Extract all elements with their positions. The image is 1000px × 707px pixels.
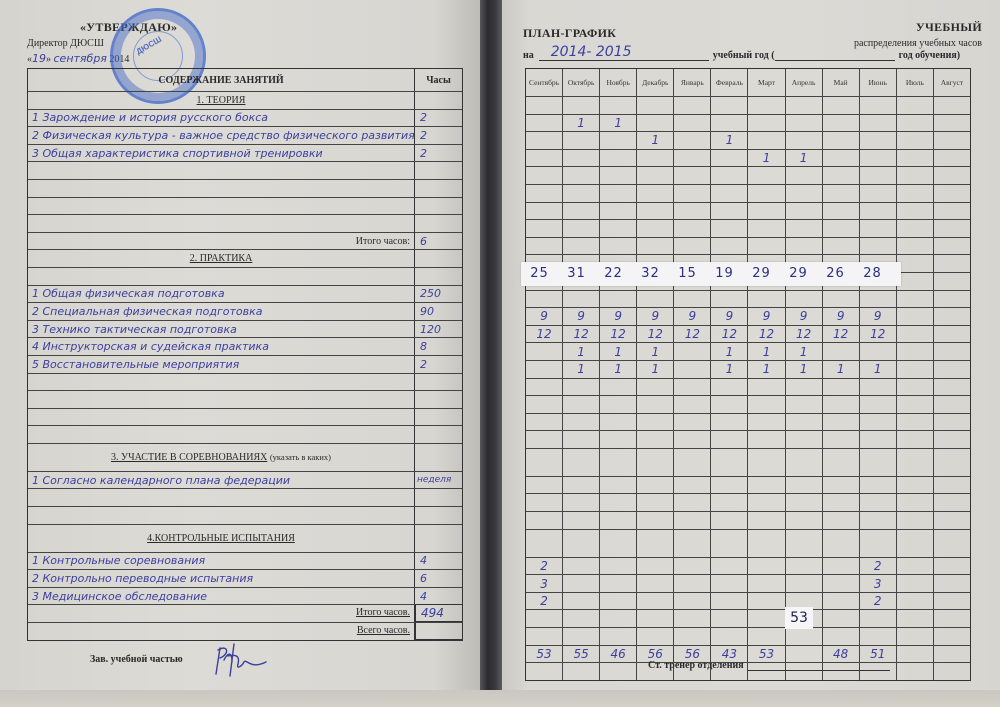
grid-cell-Апрель — [785, 238, 822, 255]
cell-value: 12 — [722, 327, 737, 341]
grid-cell-Май: 9 — [822, 308, 859, 325]
grid-cell-Апрель — [785, 220, 822, 237]
cell-value: 1 — [800, 151, 808, 165]
grid-cell-Февраль — [710, 558, 747, 575]
table-row-empty — [28, 488, 462, 506]
grid-cell-Январь — [673, 558, 710, 575]
grid-cell-Ноябрь — [599, 414, 636, 431]
section-title: 1. ТЕОРИЯ — [28, 92, 414, 109]
table-row: 1 Согласно календарного плана федерации … — [28, 471, 462, 489]
table-row: 3 Общая характеристика спортивной тренир… — [28, 144, 462, 162]
grid-cell-Май — [822, 575, 859, 592]
grid-cell-Ноябрь — [599, 379, 636, 396]
grid-cell-Март — [747, 628, 784, 645]
grid-cell-Январь — [673, 203, 710, 220]
grid-cell-Сентябрь — [526, 512, 562, 529]
grid-cell-Сентябрь — [526, 663, 562, 680]
grid-cell-Февраль — [710, 610, 747, 627]
grid-cell-Июнь: 9 — [859, 308, 896, 325]
grid-cell-Март: 12 — [747, 326, 784, 343]
grid-cell-Декабрь — [636, 494, 673, 511]
cell-value: 9 — [540, 309, 548, 323]
grid-cell-Май: 12 — [822, 326, 859, 343]
grid-cell-Октябрь: 9 — [562, 308, 599, 325]
table-row-empty — [28, 425, 462, 443]
month-header: Октябрь — [562, 69, 599, 96]
grid-cell-Май — [822, 185, 859, 202]
grid-cell-Апрель: 1 — [785, 343, 822, 360]
grid-cell-Октябрь — [562, 220, 599, 237]
grid-cell-Февраль — [710, 477, 747, 494]
grid-cell-Март — [747, 431, 784, 448]
grid-cell-Март — [747, 558, 784, 575]
grid-cell-Июль — [896, 628, 933, 645]
grid-cell-Декабрь: 12 — [636, 326, 673, 343]
table-row: 1 Общая физическая подготовка 250 — [28, 285, 462, 303]
row-text: 3 Медицинское обследование — [28, 588, 414, 605]
grid-cell-Ноябрь — [599, 220, 636, 237]
month-header: Ноябрь — [599, 69, 636, 96]
grid-row-empty — [526, 202, 970, 220]
page-title: УЧЕБНЫЙ — [916, 20, 982, 35]
grid-cell-Сентябрь: 53 — [526, 646, 562, 663]
grid-cell-Февраль — [710, 396, 747, 413]
cell-value: 1 — [763, 362, 771, 376]
grid-cell-Июнь — [859, 477, 896, 494]
grid-cell-Май — [822, 97, 859, 114]
cell-value: 1 — [651, 345, 659, 359]
row-text: 1 Общая физическая подготовка — [28, 286, 414, 303]
grid-cell-Ноябрь — [599, 185, 636, 202]
cell-value: 53 — [536, 647, 551, 661]
grid-cell-Июнь — [859, 610, 896, 627]
grid-cell-Октябрь: 12 — [562, 326, 599, 343]
grid-cell-Октябрь — [562, 575, 599, 592]
grid-row-empty — [526, 609, 970, 627]
table-row-empty — [28, 197, 462, 215]
cell-value: 9 — [689, 309, 697, 323]
grid-row-empty — [526, 493, 970, 511]
table-row-empty — [28, 179, 462, 197]
grid-row-empty — [526, 96, 970, 114]
section-header-practice: 2. ПРАКТИКА — [28, 249, 462, 267]
grid-cell-Август — [933, 343, 970, 360]
col-header-hours: Часы — [414, 69, 462, 91]
col-header-content: СОДЕРЖАНИЕ ЗАНЯТИЙ — [28, 69, 414, 91]
grid-cell-Сентябрь — [526, 150, 562, 167]
grid-cell-Август — [933, 575, 970, 592]
grid-row-practice-sticker — [526, 290, 970, 308]
grid-cell-Август — [933, 167, 970, 184]
grid-cell-Январь — [673, 530, 710, 557]
grid-cell-Февраль — [710, 115, 747, 132]
grid-cell-Сентябрь — [526, 449, 562, 476]
date-day: 19 — [32, 52, 46, 65]
grid-cell-Апрель — [785, 494, 822, 511]
grid-cell-Август — [933, 558, 970, 575]
grid-cell-Октябрь — [562, 558, 599, 575]
grid-cell-Апрель — [785, 132, 822, 149]
grid-cell-Июль — [896, 610, 933, 627]
grid-row-practice: 12121212121212121212 — [526, 325, 970, 343]
year-prefix: на — [523, 50, 534, 61]
grid-cell-Ноябрь — [599, 494, 636, 511]
grid-cell-Май — [822, 379, 859, 396]
grid-cell-Февраль — [710, 628, 747, 645]
grid-cell-Февраль — [710, 494, 747, 511]
grid-cell-Октябрь — [562, 431, 599, 448]
year-mid-label: учебный год ( — [713, 50, 775, 61]
grid-cell-Июнь: 2 — [859, 558, 896, 575]
cell-value: 51 — [870, 647, 885, 661]
grid-cell-Июль — [896, 494, 933, 511]
grid-cell-Август — [933, 512, 970, 529]
grid-cell-Ноябрь: 46 — [599, 646, 636, 663]
year-field: 2014- 2015 — [539, 47, 709, 61]
grid-cell-Сентябрь: 9 — [526, 308, 562, 325]
table-row-empty — [28, 161, 462, 179]
grid-row-practice: 111111 — [526, 342, 970, 360]
cell-value: 12 — [611, 327, 626, 341]
vsego-label: Всего часов. — [27, 622, 415, 640]
grid-cell-Февраль — [710, 150, 747, 167]
grid-cell-Ноябрь — [599, 593, 636, 610]
grid-cell-Октябрь — [562, 512, 599, 529]
grid-cell-Июнь — [859, 291, 896, 308]
grid-cell-Март — [747, 396, 784, 413]
grid-cell-Декабрь — [636, 477, 673, 494]
cell-value: 56 — [648, 647, 663, 661]
grid-cell-Апрель — [785, 203, 822, 220]
grid-cell-Январь — [673, 361, 710, 378]
grid-cell-Май — [822, 291, 859, 308]
grid-cell-Март — [747, 610, 784, 627]
grid-cell-Апрель — [785, 291, 822, 308]
grid-cell-Август — [933, 593, 970, 610]
director-label: Директор ДЮСШ — [27, 38, 104, 49]
grid-cell-Февраль — [710, 379, 747, 396]
grid-cell-Декабрь — [636, 396, 673, 413]
grid-cell-Июль — [896, 431, 933, 448]
grid-cell-Февраль — [710, 291, 747, 308]
cell-value: 1 — [614, 362, 622, 376]
grid-cell-Июнь — [859, 379, 896, 396]
grid-cell-Сентябрь: 3 — [526, 575, 562, 592]
grid-cell-Февраль — [710, 593, 747, 610]
grid-cell-Апрель — [785, 115, 822, 132]
grid-row-control: 22 — [526, 557, 970, 575]
grid-cell-Апрель — [785, 379, 822, 396]
grid-cell-Октябрь — [562, 291, 599, 308]
grid-cell-Август — [933, 326, 970, 343]
grid-cell-Апрель — [785, 97, 822, 114]
grid-cell-Июнь — [859, 185, 896, 202]
itogo-value: 494 — [415, 604, 463, 622]
grid-cell-Август — [933, 431, 970, 448]
grid-cell-Декабрь — [636, 291, 673, 308]
grid-cell-Август — [933, 361, 970, 378]
grid-cell-Июль — [896, 663, 933, 680]
grid-cell-Ноябрь: 1 — [599, 115, 636, 132]
grid-cell-Апрель — [785, 628, 822, 645]
cell-value: 2 — [540, 594, 548, 608]
grid-cell-Апрель — [785, 431, 822, 448]
cell-value: 9 — [874, 309, 882, 323]
row-text: 3 Технико тактическая подготовка — [28, 321, 414, 338]
row-hours: 2 — [414, 145, 462, 162]
grid-cell-Январь — [673, 150, 710, 167]
grid-cell-Февраль — [710, 238, 747, 255]
grid-cell-Апрель — [785, 414, 822, 431]
grid-cell-Декабрь — [636, 449, 673, 476]
grid-cell-Сентябрь — [526, 97, 562, 114]
month-header: Январь — [673, 69, 710, 96]
grid-cell-Март — [747, 291, 784, 308]
grid-cell-Июнь — [859, 494, 896, 511]
section-title: 2. ПРАКТИКА — [28, 250, 414, 267]
sticker-value: 26 — [817, 262, 854, 286]
month-header: Февраль — [710, 69, 747, 96]
grid-cell-Июнь — [859, 431, 896, 448]
sticker-value: 31 — [558, 262, 595, 286]
grid-cell-Декабрь: 1 — [636, 343, 673, 360]
table-row: 3 Технико тактическая подготовка 120 — [28, 320, 462, 338]
grid-cell-Май — [822, 115, 859, 132]
grid-row-empty — [526, 476, 970, 494]
grid-cell-Май — [822, 628, 859, 645]
grid-cell-Июнь: 3 — [859, 575, 896, 592]
month-header: Май — [822, 69, 859, 96]
table-row: 2 Контрольно переводные испытания 6 — [28, 569, 462, 587]
grid-cell-Март — [747, 220, 784, 237]
cell-value: 12 — [759, 327, 774, 341]
grid-cell-Июль — [896, 167, 933, 184]
grid-cell-Сентябрь — [526, 477, 562, 494]
grid-cell-Ноябрь — [599, 558, 636, 575]
cell-value: 3 — [874, 577, 882, 591]
grid-cell-Ноябрь — [599, 291, 636, 308]
grid-cell-Январь — [673, 115, 710, 132]
grid-cell-Январь — [673, 291, 710, 308]
sticker-value: 29 — [743, 262, 780, 286]
cell-value: 1 — [837, 362, 845, 376]
cell-value: 1 — [651, 362, 659, 376]
grid-cell-Май: 1 — [822, 361, 859, 378]
cell-value: 12 — [870, 327, 885, 341]
grid-cell-Август — [933, 379, 970, 396]
head-of-studies-label: Зав. учебной частью — [90, 654, 183, 665]
grid-cell-Март — [747, 379, 784, 396]
months-header-row: Сентябрь Октябрь Ноябрь Декабрь Январь Ф… — [526, 69, 970, 96]
table-row: 4 Инструкторская и судейская практика 8 — [28, 337, 462, 355]
grid-cell-Апрель: 9 — [785, 308, 822, 325]
cell-value: 9 — [837, 309, 845, 323]
grid-cell-Август — [933, 238, 970, 255]
grid-cell-Декабрь — [636, 558, 673, 575]
grid-cell-Март — [747, 593, 784, 610]
table-row-empty — [28, 408, 462, 426]
grid-cell-Июль — [896, 593, 933, 610]
section-title: 4.КОНТРОЛЬНЫЕ ИСПЫТАНИЯ — [28, 525, 414, 552]
cell-value: 12 — [536, 327, 551, 341]
grid-cell-Январь — [673, 238, 710, 255]
row-hours: 6 — [414, 570, 462, 587]
row-text: 1 Контрольные соревнования — [28, 553, 414, 570]
sticker-value: 19 — [706, 262, 743, 286]
grid-cell-Октябрь — [562, 663, 599, 680]
grid-cell-Ноябрь — [599, 628, 636, 645]
grid-cell-Май — [822, 396, 859, 413]
row-hours: 4 — [414, 553, 462, 570]
grid-cell-Май — [822, 167, 859, 184]
grid-row-practice: 11111111 — [526, 360, 970, 378]
cell-value: 9 — [800, 309, 808, 323]
grid-cell-Август — [933, 494, 970, 511]
grid-cell-Июнь — [859, 449, 896, 476]
cell-value: 2 — [874, 559, 882, 573]
grid-cell-Январь — [673, 379, 710, 396]
grid-cell-Август — [933, 220, 970, 237]
grid-row-empty — [526, 627, 970, 645]
grid-cell-Декабрь — [636, 238, 673, 255]
grid-cell-Август — [933, 185, 970, 202]
row-hours: 8 — [414, 338, 462, 355]
grid-cell-Октябрь: 55 — [562, 646, 599, 663]
grid-cell-Январь — [673, 575, 710, 592]
grid-cell-Март: 9 — [747, 308, 784, 325]
academic-year-line: на 2014- 2015 учебный год ( год обучения… — [523, 47, 973, 61]
grid-cell-Октябрь — [562, 167, 599, 184]
grid-cell-Декабрь: 9 — [636, 308, 673, 325]
row-text: 5 Восстановительные мероприятия — [28, 356, 414, 373]
grid-cell-Сентябрь — [526, 379, 562, 396]
grid-row-theory: 11 — [526, 131, 970, 149]
grid-cell-Июнь: 12 — [859, 326, 896, 343]
cell-value: 2 — [874, 594, 882, 608]
sticker-value: 28 — [854, 262, 891, 286]
grid-row-empty — [526, 378, 970, 396]
grid-cell-Май — [822, 530, 859, 557]
grid-row-empty — [526, 166, 970, 184]
grid-cell-Декабрь — [636, 628, 673, 645]
grid-row-empty — [526, 448, 970, 476]
row-text: 1 Зарождение и история русского бокса — [28, 110, 414, 127]
table-row: 3 Медицинское обследование 4 — [28, 587, 462, 605]
grid-cell-Июль — [896, 343, 933, 360]
grid-cell-Июль — [896, 379, 933, 396]
grid-cell-Июль — [896, 361, 933, 378]
sticker-value: 29 — [780, 262, 817, 286]
grid-cell-Август — [933, 132, 970, 149]
grid-cell-Август — [933, 203, 970, 220]
study-year-field — [775, 47, 895, 61]
grid-cell-Ноябрь — [599, 512, 636, 529]
cell-value: 9 — [577, 309, 585, 323]
grid-cell-Декабрь — [636, 185, 673, 202]
grid-cell-Сентябрь — [526, 610, 562, 627]
grid-cell-Сентябрь — [526, 396, 562, 413]
grid-cell-Сентябрь — [526, 238, 562, 255]
row-hours: 120 — [414, 321, 462, 338]
grid-cell-Август — [933, 115, 970, 132]
grid-cell-Ноябрь — [599, 530, 636, 557]
cell-value: 9 — [763, 309, 771, 323]
itogo-row: Итого часов. 494 — [27, 604, 463, 622]
section-title: 3. УЧАСТИЕ В СОРЕВНОВАНИЯХ (указать в ка… — [28, 444, 414, 471]
row-hours: 2 — [414, 110, 462, 127]
grid-cell-Июль — [896, 132, 933, 149]
grid-cell-Март: 1 — [747, 343, 784, 360]
grid-cell-Май — [822, 238, 859, 255]
grid-cell-Январь — [673, 431, 710, 448]
section-header-control-tests: 4.КОНТРОЛЬНЫЕ ИСПЫТАНИЯ — [28, 524, 462, 552]
grid-cell-Апрель — [785, 512, 822, 529]
grid-cell-Сентябрь — [526, 414, 562, 431]
grid-row-empty — [526, 219, 970, 237]
grid-cell-Июнь: 1 — [859, 361, 896, 378]
grid-cell-Апрель — [785, 575, 822, 592]
grid-row-empty — [526, 413, 970, 431]
grid-cell-Май — [822, 558, 859, 575]
grid-cell-Май — [822, 414, 859, 431]
grid-cell-Май — [822, 610, 859, 627]
grid-cell-Декабрь — [636, 610, 673, 627]
grid-cell-Январь — [673, 343, 710, 360]
grid-cell-Август — [933, 150, 970, 167]
grid-cell-Июнь — [859, 203, 896, 220]
grid-cell-Ноябрь: 9 — [599, 308, 636, 325]
grid-cell-Апрель: 1 — [785, 361, 822, 378]
cell-value: 12 — [648, 327, 663, 341]
grid-cell-Июль — [896, 255, 933, 272]
book-edge — [0, 690, 1000, 707]
row-text: 2 Контрольно переводные испытания — [28, 570, 414, 587]
cell-value: 1 — [874, 362, 882, 376]
grid-cell-Апрель — [785, 185, 822, 202]
grid-cell-Апрель — [785, 396, 822, 413]
grid-cell-Май — [822, 593, 859, 610]
grid-cell-Март — [747, 115, 784, 132]
cell-value: 12 — [833, 327, 848, 341]
grid-cell-Февраль — [710, 203, 747, 220]
grid-cell-Май — [822, 477, 859, 494]
grid-cell-Июнь — [859, 343, 896, 360]
grid-cell-Март — [747, 575, 784, 592]
cell-value: 56 — [685, 647, 700, 661]
cell-value: 1 — [577, 116, 585, 130]
grid-cell-Июль — [896, 97, 933, 114]
cell-value: 1 — [800, 345, 808, 359]
section-title-text: 3. УЧАСТИЕ В СОРЕВНОВАНИЯХ — [111, 452, 267, 463]
total-value: 6 — [414, 233, 462, 250]
grid-cell-Сентябрь — [526, 628, 562, 645]
table-row: 5 Восстановительные мероприятия 2 — [28, 355, 462, 373]
month-header: Июнь — [859, 69, 896, 96]
grid-cell-Октябрь — [562, 238, 599, 255]
cell-value: 1 — [726, 133, 734, 147]
grid-cell-Март — [747, 167, 784, 184]
grid-cell-Сентябрь — [526, 530, 562, 557]
grid-cell-Октябрь — [562, 449, 599, 476]
cell-value: 12 — [685, 327, 700, 341]
grid-cell-Ноябрь: 1 — [599, 361, 636, 378]
grid-cell-Январь — [673, 132, 710, 149]
grid-cell-Июль — [896, 530, 933, 557]
grid-cell-Январь — [673, 185, 710, 202]
grid-cell-Июль — [896, 512, 933, 529]
grid-cell-Декабрь — [636, 512, 673, 529]
grid-cell-Февраль: 1 — [710, 361, 747, 378]
